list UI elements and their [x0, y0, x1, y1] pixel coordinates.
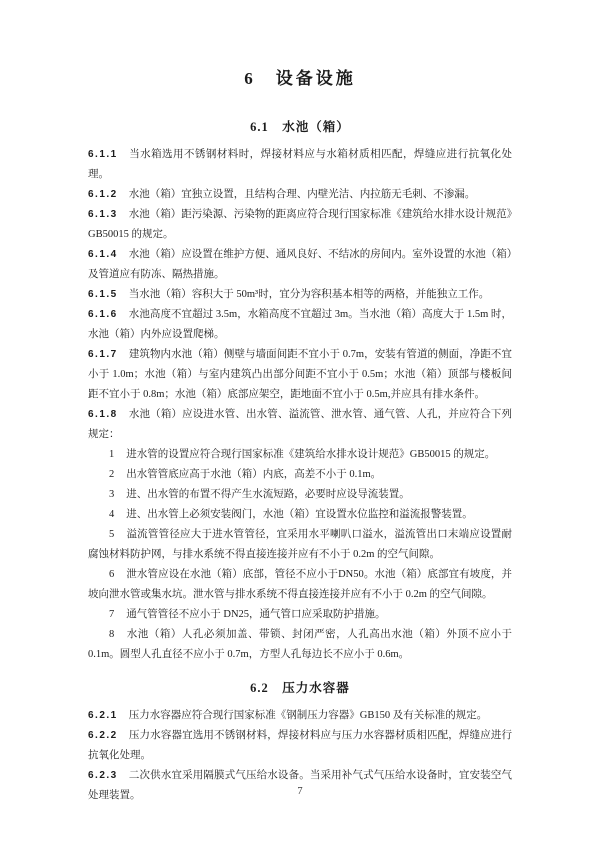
item-number: 7	[109, 609, 114, 620]
clause-number: 6.1.1	[88, 149, 118, 160]
clause-number: 6.1.3	[88, 209, 118, 220]
clause-number: 6.1.2	[88, 189, 118, 200]
section-heading-6-1: 6.1 水池（箱）	[88, 120, 512, 135]
item-number: 8	[109, 629, 114, 640]
list-item: 4进、出水管上必须安装阀门，水池（箱）宜设置水位监控和溢流报警装置。	[88, 505, 512, 525]
list-item: 3进、出水管的布置不得产生水流短路，必要时应设导流装置。	[88, 485, 512, 505]
clause-number: 6.2.3	[88, 770, 118, 781]
clause: 6.1.4水池（箱）应设置在维护方便、通风良好、不结冰的房间内。室外设置的水池（…	[88, 245, 512, 285]
clause: 6.1.7建筑物内水池（箱）侧壁与墙面间距不宜小于 0.7m，安装有管道的侧面，…	[88, 345, 512, 405]
item-number: 5	[109, 529, 114, 540]
item-text: 进水管的设置应符合现行国家标准《建筑给水排水设计规范》GB50015 的规定。	[126, 449, 495, 460]
item-text: 水池（箱）人孔必须加盖、带锁、封闭严密，人孔高出水池（箱）外顶不应小于 0.1m…	[88, 629, 512, 660]
clause-number: 6.1.8	[88, 409, 118, 420]
item-text: 溢流管管径应大于进水管管径，宜采用水平喇叭口溢水，溢流管出口末端应设置耐腐蚀材料…	[88, 529, 512, 560]
clause: 6.1.2水池（箱）宜独立设置，且结构合理、内壁光洁、内拉筋无毛刺、不渗漏。	[88, 185, 512, 205]
item-number: 6	[109, 569, 114, 580]
list-item: 6泄水管应设在水池（箱）底部，管径不应小于DN50。水池（箱）底部宜有坡度，并坡…	[88, 565, 512, 605]
clause: 6.2.1压力水容器应符合现行国家标准《钢制压力容器》GB150 及有关标准的规…	[88, 706, 512, 726]
clause-number: 6.2.2	[88, 730, 118, 741]
clause: 6.1.1当水箱选用不锈钢材料时，焊接材料应与水箱材质相匹配，焊缝应进行抗氧化处…	[88, 145, 512, 185]
clause-text: 当水箱选用不锈钢材料时，焊接材料应与水箱材质相匹配，焊缝应进行抗氧化处理。	[88, 149, 512, 180]
list-item: 8水池（箱）人孔必须加盖、带锁、封闭严密，人孔高出水池（箱）外顶不应小于 0.1…	[88, 625, 512, 665]
list-item: 7通气管管径不应小于 DN25，通气管口应采取防护措施。	[88, 605, 512, 625]
clause-text: 当水池（箱）容积大于 50m³时，宜分为容积基本相等的两格，并能独立工作。	[129, 289, 489, 300]
document-body: 6.1 水池（箱）6.1.1当水箱选用不锈钢材料时，焊接材料应与水箱材质相匹配，…	[88, 120, 512, 806]
list-item: 5溢流管管径应大于进水管管径，宜采用水平喇叭口溢水，溢流管出口末端应设置耐腐蚀材…	[88, 525, 512, 565]
page-number: 7	[0, 786, 600, 797]
clause-text: 压力水容器宜选用不锈钢材料，焊接材料应与压力水容器材质相匹配，焊缝应进行抗氧化处…	[88, 730, 512, 761]
clause-text: 水池（箱）应设置在维护方便、通风良好、不结冰的房间内。室外设置的水池（箱）及管道…	[88, 249, 512, 280]
item-text: 进、出水管的布置不得产生水流短路，必要时应设导流装置。	[126, 489, 410, 500]
clause-number: 6.2.1	[88, 710, 118, 721]
clause-text: 压力水容器应符合现行国家标准《钢制压力容器》GB150 及有关标准的规定。	[129, 710, 487, 721]
item-number: 3	[109, 489, 114, 500]
clause-text: 建筑物内水池（箱）侧壁与墙面间距不宜小于 0.7m，安装有管道的侧面，净距不宜小…	[88, 349, 512, 400]
clause-number: 6.1.7	[88, 349, 118, 360]
section-heading-6-2: 6.2 压力水容器	[88, 681, 512, 696]
clause: 6.1.8水池（箱）应设进水管、出水管、溢流管、泄水管、通气管、人孔，并应符合下…	[88, 405, 512, 445]
clause: 6.1.6水池高度不宜超过 3.5m，水箱高度不宜超过 3m。当水池（箱）高度大…	[88, 305, 512, 345]
item-text: 进、出水管上必须安装阀门，水池（箱）宜设置水位监控和溢流报警装置。	[126, 509, 473, 520]
clause-text: 水池高度不宜超过 3.5m，水箱高度不宜超过 3m。当水池（箱）高度大于 1.5…	[88, 309, 512, 340]
clause: 6.1.3水池（箱）距污染源、污染物的距离应符合现行国家标准《建筑给水排水设计规…	[88, 205, 512, 245]
clause-text: 水池（箱）应设进水管、出水管、溢流管、泄水管、通气管、人孔，并应符合下列规定：	[88, 409, 512, 440]
item-text: 出水管管底应高于水池（箱）内底，高差不小于 0.1m。	[126, 469, 381, 480]
clause-number: 6.1.6	[88, 309, 118, 320]
item-number: 2	[109, 469, 114, 480]
page-title: 6 设备设施	[88, 68, 512, 90]
clause-text: 水池（箱）宜独立设置，且结构合理、内壁光洁、内拉筋无毛刺、不渗漏。	[129, 189, 476, 200]
item-number: 1	[109, 449, 114, 460]
clause: 6.1.5当水池（箱）容积大于 50m³时，宜分为容积基本相等的两格，并能独立工…	[88, 285, 512, 305]
item-text: 泄水管应设在水池（箱）底部，管径不应小于DN50。水池（箱）底部宜有坡度，并坡向…	[88, 569, 512, 600]
item-number: 4	[109, 509, 114, 520]
list-item: 2出水管管底应高于水池（箱）内底，高差不小于 0.1m。	[88, 465, 512, 485]
document-page: 6 设备设施 6.1 水池（箱）6.1.1当水箱选用不锈钢材料时，焊接材料应与水…	[0, 0, 600, 848]
clause: 6.2.2压力水容器宜选用不锈钢材料，焊接材料应与压力水容器材质相匹配，焊缝应进…	[88, 726, 512, 766]
item-text: 通气管管径不应小于 DN25，通气管口应采取防护措施。	[126, 609, 385, 620]
clause-text: 水池（箱）距污染源、污染物的距离应符合现行国家标准《建筑给水排水设计规范》GB5…	[88, 209, 512, 240]
clause-number: 6.1.4	[88, 249, 118, 260]
section-block: 6.1.1当水箱选用不锈钢材料时，焊接材料应与水箱材质相匹配，焊缝应进行抗氧化处…	[88, 145, 512, 665]
list-item: 1进水管的设置应符合现行国家标准《建筑给水排水设计规范》GB50015 的规定。	[88, 445, 512, 465]
clause-number: 6.1.5	[88, 289, 118, 300]
